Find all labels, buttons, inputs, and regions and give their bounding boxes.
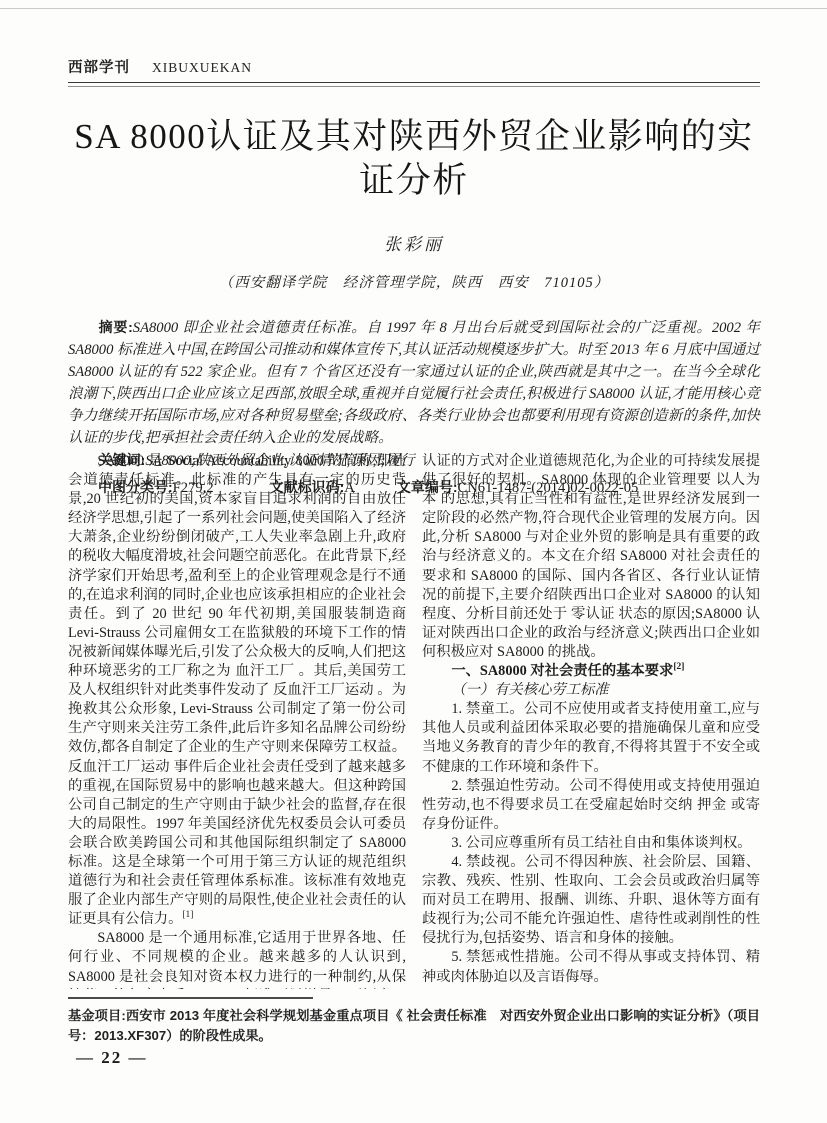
list-item: 5. 禁惩戒性措施。公司不得从事或支持体罚、精神或肉体胁迫以及言语侮辱。 (422, 948, 760, 986)
journal-name-pinyin: XIBUXUEKAN (152, 60, 252, 76)
masthead-divider (68, 82, 760, 87)
journal-page: 西部学刊 XIBUXUEKAN SA 8000认证及其对陕西外贸企业影响的实证分… (0, 0, 827, 1123)
article-author: 张彩丽 (68, 230, 760, 255)
journal-masthead: 西部学刊 XIBUXUEKAN (68, 0, 760, 77)
citation-ref-2: [2] (673, 662, 684, 672)
citation-ref-1: [1] (182, 910, 193, 920)
scan-edge-line (0, 8, 827, 9)
journal-name-cn: 西部学刊 (68, 56, 130, 77)
body-paragraph: SA8000 是 Social Accountability 8000 的简称,… (68, 452, 406, 929)
left-column: SA8000 是 Social Accountability 8000 的简称,… (68, 452, 406, 989)
list-item: 2. 禁强迫性劳动。公司不得使用或支持使用强迫性劳动,也不得要求员工在受雇起始时… (422, 777, 760, 834)
body-columns: SA8000 是 Social Accountability 8000 的简称,… (68, 452, 760, 989)
body-paragraph-text: SA8000 是 Social Accountability 8000 的简称,… (68, 453, 406, 927)
footnote-area: 基金项目:西安市 2013 年度社会科学规划基金重点项目《 社会责任标准 对西安… (68, 997, 760, 1045)
page-number: — 22 — (76, 1048, 148, 1068)
article-title: SA 8000认证及其对陕西外贸企业影响的实证分析 (68, 115, 760, 203)
abstract-paragraph: 摘要:SA8000 即企业社会道德责任标准。自 1997 年 8 月出台后就受到… (68, 317, 760, 449)
subsection-heading: （一）有关核心劳工标准 (422, 681, 760, 700)
front-matter: 西部学刊 XIBUXUEKAN SA 8000认证及其对陕西外贸企业影响的实证分… (0, 0, 827, 497)
section-heading-text: 一、SA8000 对社会责任的基本要求 (451, 663, 673, 679)
list-item: 1. 禁童工。公司不应使用或者支持使用童工,应与其他人员或利益团体采取必要的措施… (422, 700, 760, 776)
list-item: 3. 公司应尊重所有员工结社自由和集体谈判权。 (422, 834, 760, 853)
funding-label: 基金项目: (68, 1008, 126, 1023)
footnote-divider (68, 997, 313, 999)
abstract-label: 摘要: (99, 319, 133, 335)
section-heading: 一、SA8000 对社会责任的基本要求[2] (422, 662, 760, 681)
funding-footnote: 基金项目:西安市 2013 年度社会科学规划基金重点项目《 社会责任标准 对西安… (68, 1006, 760, 1045)
article-affiliation: （西安翻译学院 经济管理学院，陕西 西安 710105） (68, 271, 760, 292)
body-paragraph: SA8000 是一个通用标准,它适用于世界各地、任何行业、不同规模的企业。越来越… (68, 929, 406, 989)
body-paragraph: 认证的方式对企业道德规范化,为企业的可持续发展提供了很好的契机。SA8000 体… (422, 452, 760, 662)
funding-text: 西安市 2013 年度社会科学规划基金重点项目《 社会责任标准 对西安外贸企业出… (68, 1008, 760, 1043)
abstract-text: SA8000 即企业社会道德责任标准。自 1997 年 8 月出台后就受到国际社… (68, 320, 760, 446)
right-column: 认证的方式对企业道德规范化,为企业的可持续发展提供了很好的契机。SA8000 体… (422, 452, 760, 989)
list-item: 4. 禁歧视。公司不得因种族、社会阶层、国籍、宗教、残疾、性别、性取向、工会会员… (422, 853, 760, 948)
